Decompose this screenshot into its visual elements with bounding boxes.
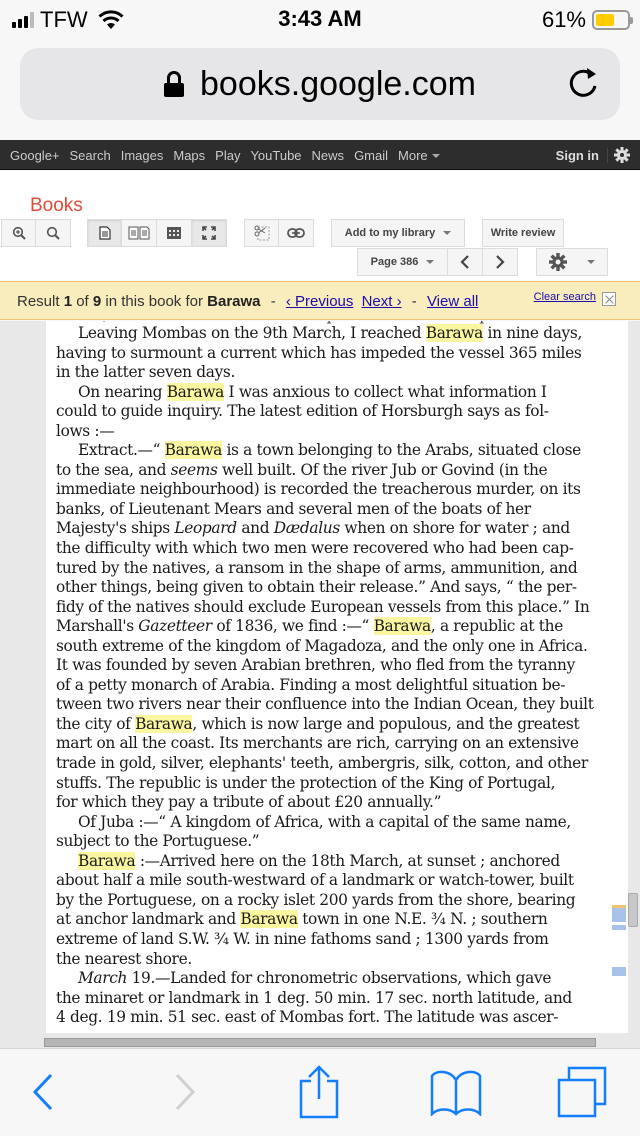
book-text-line: Marshall's Gazetteer of 1836, we find :—… — [56, 617, 626, 637]
hit-marker[interactable] — [612, 908, 626, 922]
gear-icon — [549, 253, 567, 271]
book-text-line: Of Juba :—“ A kingdom of Africa, with a … — [56, 813, 626, 833]
search-highlight[interactable]: Barawa — [426, 324, 483, 342]
gbar-link-google-plus[interactable]: Google+ — [10, 148, 60, 163]
search-query: Barawa — [207, 293, 260, 310]
previous-result-link[interactable]: ‹ Previous — [286, 293, 354, 310]
hit-marker[interactable] — [612, 925, 626, 930]
thumbnail-view-button[interactable] — [157, 219, 192, 247]
gbar-link-youtube[interactable]: YouTube — [250, 148, 301, 163]
clear-search-link[interactable]: Clear search — [534, 291, 596, 303]
page-select[interactable]: Page 386 — [357, 248, 448, 276]
chevron-right-icon — [495, 255, 505, 269]
chevron-down-icon — [443, 231, 451, 235]
result-summary: Result 1 of 9 in this book for Barawa - … — [17, 293, 478, 310]
book-text-line: Extract.—“ Barawa is a town belonging to… — [56, 441, 626, 461]
single-page-view-button[interactable] — [87, 219, 122, 247]
book-viewport[interactable]: labour, as native authorities are not pa… — [0, 321, 640, 1036]
share-button[interactable] — [294, 1067, 344, 1117]
book-text-line: to the sea, and seems well built. Of the… — [56, 461, 626, 481]
books-title[interactable]: Books — [30, 195, 83, 217]
book-text-line: for which they pay a tribute of about £2… — [56, 793, 626, 813]
book-text-line: lows :— — [56, 422, 626, 442]
book-text-line: by the Portuguese, on a rocky islet 200 … — [56, 891, 626, 911]
search-highlight[interactable]: Barawa — [165, 441, 222, 459]
book-text-line: Leaving Mombas on the 9th March, I reach… — [56, 324, 626, 344]
fullscreen-button[interactable] — [192, 219, 227, 247]
sign-in-link[interactable]: Sign in — [556, 148, 608, 163]
chevron-down-icon — [432, 154, 440, 158]
zoom-out-icon — [46, 226, 60, 240]
book-text-line: tween two rivers near their confluence i… — [56, 695, 626, 715]
single-page-icon — [99, 226, 111, 240]
book-text-line: other things, being given to obtain thei… — [56, 578, 626, 598]
search-highlight[interactable]: Barawa — [167, 383, 224, 401]
book-text-line: subject to the Portuguese.” — [56, 832, 626, 852]
book-text-line: extreme of land S.W. ¾ W. in nine fathom… — [56, 930, 626, 950]
battery-percent: 61% — [542, 7, 586, 33]
view-settings-menu[interactable] — [536, 248, 608, 276]
result-total: 9 — [93, 293, 101, 310]
clip-icon — [254, 225, 270, 241]
clip-button[interactable] — [244, 219, 279, 247]
bookmarks-book-icon — [430, 1068, 482, 1116]
two-page-icon — [128, 226, 150, 240]
chevron-down-icon — [426, 260, 434, 264]
forward-button[interactable] — [160, 1067, 210, 1117]
book-text-line: in the latter seven days. — [56, 363, 626, 383]
zoom-in-button[interactable] — [1, 219, 36, 247]
hit-marker[interactable] — [612, 967, 626, 976]
tabs-icon — [557, 1066, 609, 1118]
gear-icon[interactable] — [614, 147, 630, 163]
close-icon[interactable] — [602, 292, 616, 306]
search-highlight[interactable]: Barawa — [135, 715, 192, 733]
next-page-button[interactable] — [483, 248, 518, 276]
back-button[interactable] — [18, 1067, 68, 1117]
page-select-label: Page 386 — [371, 256, 419, 268]
url-text[interactable]: books.google.com — [200, 65, 476, 104]
gbar-link-images[interactable]: Images — [121, 148, 164, 163]
horizontal-scrollbar[interactable] — [44, 1038, 596, 1047]
reload-icon[interactable] — [566, 66, 602, 102]
previous-page-button[interactable] — [448, 248, 483, 276]
book-text-line: the city of Barawa, which is now large a… — [56, 715, 626, 735]
chevron-down-icon — [587, 260, 595, 264]
lock-icon — [164, 71, 184, 97]
bookmarks-button[interactable] — [428, 1067, 484, 1117]
gbar-more-menu[interactable]: More — [398, 148, 440, 163]
book-text-line: having to surmount a current which has i… — [56, 344, 626, 364]
battery-icon — [592, 10, 630, 30]
book-text-line: Barawa :—Arrived here on the 18th March,… — [56, 852, 626, 872]
book-text-line: March 19.—Landed for chronometric observ… — [56, 969, 626, 989]
book-text-line: Majesty's ships Leopard and Dædalus when… — [56, 519, 626, 539]
search-highlight[interactable]: Barawa — [78, 852, 135, 870]
book-text-line: fidy of the natives should exclude Europ… — [56, 598, 626, 618]
book-text-line: the nearest shore. — [56, 950, 626, 970]
link-button[interactable] — [279, 219, 314, 247]
book-text-line: tured by the natives, a ransom in the sh… — [56, 559, 626, 579]
book-page: labour, as native authorities are not pa… — [46, 321, 628, 1033]
book-text-line: banks, of Lieutenant Mears and several m… — [56, 500, 626, 520]
search-highlight[interactable]: Barawa — [240, 910, 297, 928]
vertical-scrollbar[interactable] — [628, 893, 638, 927]
safari-bottom-toolbar — [0, 1048, 640, 1136]
chevron-left-icon — [460, 255, 470, 269]
address-bar[interactable]: books.google.com — [20, 48, 620, 120]
book-page-text: labour, as native authorities are not pa… — [56, 321, 626, 1028]
status-bar: TFW 3:43 AM 61% — [0, 0, 640, 40]
book-text-line: at anchor landmark and Barawa town in on… — [56, 910, 626, 930]
book-text-line: mart on all the coast. Its merchants are… — [56, 734, 626, 754]
result-current: 1 — [64, 293, 72, 310]
google-nav-bar: Google+ Search Images Maps Play YouTube … — [0, 140, 640, 170]
forward-chevron-icon — [173, 1072, 197, 1112]
book-text-line: It was founded by seven Arabian brethren… — [56, 656, 626, 676]
book-text-line: south extreme of the kingdom of Magadoza… — [56, 637, 626, 657]
view-all-link[interactable]: View all — [427, 293, 478, 310]
book-text-line: could to guide inquiry. The latest editi… — [56, 402, 626, 422]
gbar-link-maps[interactable]: Maps — [173, 148, 205, 163]
book-text-line: On nearing Barawa I was anxious to colle… — [56, 383, 626, 403]
search-highlight[interactable]: Barawa — [374, 617, 431, 635]
add-to-library-button[interactable]: Add to my library — [331, 219, 465, 247]
books-toolbar: Books Add to my library — [0, 171, 640, 281]
share-icon — [299, 1065, 339, 1119]
write-review-button[interactable]: Write review — [482, 219, 564, 247]
write-review-label: Write review — [491, 227, 556, 239]
search-result-bar: Result 1 of 9 in this book for Barawa - … — [0, 281, 640, 320]
book-text-line: immediate neighbourhood) is recorded the… — [56, 480, 626, 500]
more-label: More — [398, 148, 428, 163]
gbar-link-search[interactable]: Search — [70, 148, 111, 163]
fullscreen-icon — [202, 226, 216, 240]
zoom-in-icon — [12, 226, 26, 240]
book-text-line: of a petty monarch of Arabia. Finding a … — [56, 676, 626, 696]
back-chevron-icon — [31, 1072, 55, 1112]
horizontal-scrollbar-track — [0, 1036, 640, 1048]
search-hit-markers — [612, 321, 626, 1036]
book-text-line: about half a mile south-westward of a la… — [56, 871, 626, 891]
book-text-line: the difficulty with which two men were r… — [56, 539, 626, 559]
add-to-library-label: Add to my library — [345, 227, 435, 239]
gbar-link-news[interactable]: News — [312, 148, 345, 163]
book-text-line: trade in gold, silver, elephants' teeth,… — [56, 754, 626, 774]
two-page-view-button[interactable] — [122, 219, 157, 247]
gbar-link-gmail[interactable]: Gmail — [354, 148, 388, 163]
zoom-out-button[interactable] — [36, 219, 71, 247]
next-result-link[interactable]: Next › — [362, 293, 402, 310]
gbar-link-play[interactable]: Play — [215, 148, 240, 163]
thumbnails-icon — [167, 227, 181, 239]
tabs-button[interactable] — [556, 1067, 610, 1117]
book-text-line: stuffs. The republic is under the protec… — [56, 774, 626, 794]
book-text-line: 4 deg. 19 min. 51 sec. east of Mombas fo… — [56, 1008, 626, 1028]
link-icon — [287, 228, 305, 238]
book-text-line: the minaret or landmark in 1 deg. 50 min… — [56, 989, 626, 1009]
